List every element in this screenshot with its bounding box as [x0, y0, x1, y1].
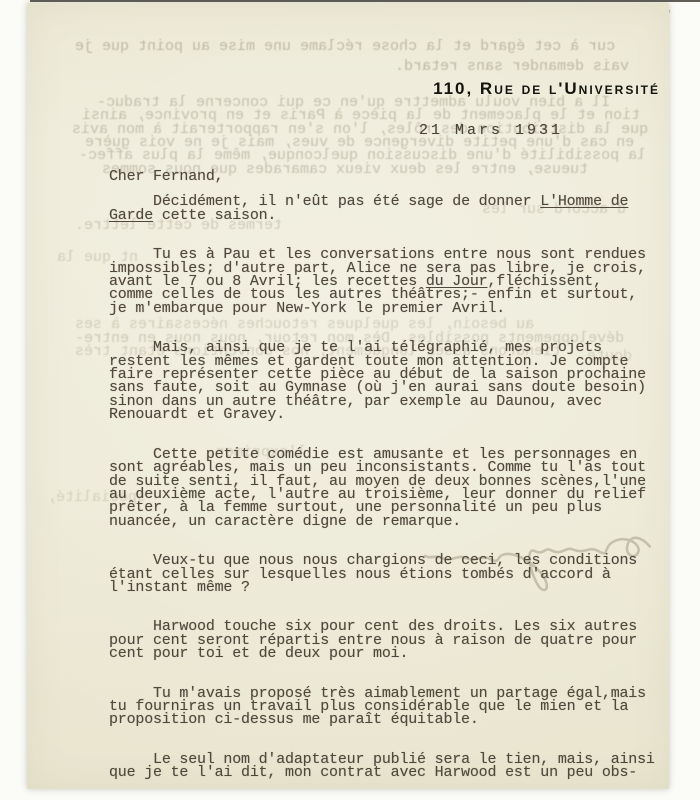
letter-body: Cher Fernand, Décidément, il n'eût pas é… [109, 170, 675, 800]
date-line: 21 Mars 1931 [419, 122, 563, 139]
bleedthrough-line: vais demander sans retard. [395, 60, 629, 73]
salutation: Cher Fernand, [109, 170, 675, 183]
scanner-edge-line [30, 0, 700, 2]
paragraph-8: Le seul nom d'adaptateur publié sera le … [109, 753, 675, 780]
bleedthrough-line: cur à cet égard et la chose réclame une … [75, 40, 615, 53]
underlined-title-homme-de-garde: L'Homme de [540, 193, 628, 210]
paragraph-7: Tu m'avais proposé très aimablement un p… [109, 687, 675, 727]
letter-paper: cur à cet égard et la chose réclame une … [27, 3, 669, 789]
paragraph-1: Décidément, il n'eût pas été sage de don… [109, 195, 675, 222]
paragraph-5: Veux-tu que nous nous chargions de ceci,… [109, 554, 675, 594]
paragraph-4: Cette petite comédie est amusante et les… [109, 448, 675, 528]
paragraph-3: Mais, ainsi que je te l'ai télégraphié, … [109, 341, 675, 421]
underlined-title-homme-de-garde-cont: Garde [109, 207, 153, 224]
scanned-letter: ~., cur à cet égard et la chose réclame … [0, 0, 700, 800]
paragraph-2: Tu es à Pau et les conversations entre n… [109, 248, 675, 315]
paragraph-6: Harwood touche six pour cent des droits.… [109, 620, 675, 660]
paragraph-1-end: cette saison. [153, 207, 276, 224]
letterhead: 110, Rue de l'Université [433, 79, 660, 99]
